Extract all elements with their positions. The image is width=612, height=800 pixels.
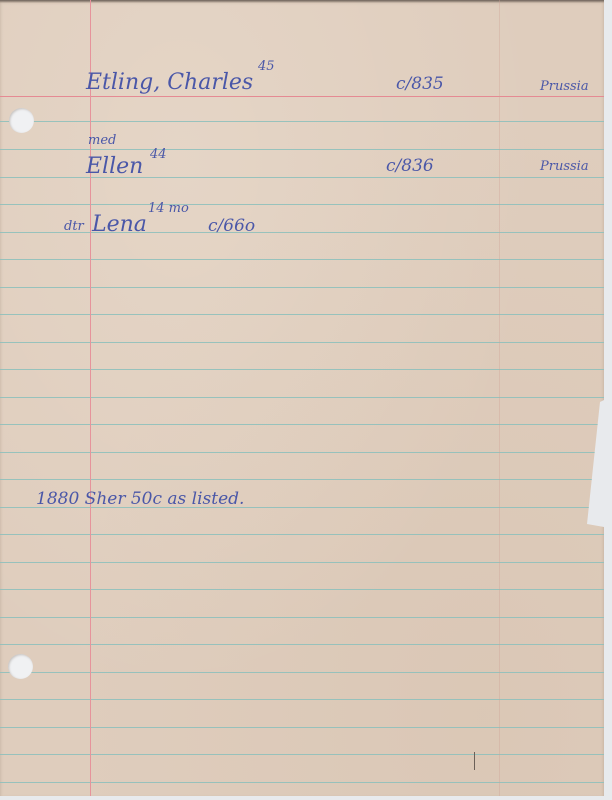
punch-hole-top — [9, 108, 34, 133]
entry-age: 45 — [258, 60, 275, 73]
entry-age: 44 — [150, 148, 167, 161]
entry-birthplace: Prussia — [540, 160, 589, 173]
entry-age: 14 mo — [148, 202, 189, 215]
notebook-paper: Etling, Charles 45 c/835 Prussia med Ell… — [0, 0, 604, 796]
entry-name: Lena — [92, 214, 147, 236]
entry-name: Ellen — [86, 156, 143, 178]
right-margin-line — [499, 0, 500, 796]
entry-birth-year: c/835 — [396, 76, 444, 93]
entry-birth-year: c/66o — [208, 218, 255, 235]
pencil-mark — [474, 752, 475, 770]
footer-note: 1880 Sher 50c as listed. — [36, 491, 244, 508]
entry-birth-year: c/836 — [386, 158, 434, 175]
entry-prefix: dtr — [64, 220, 84, 233]
left-margin-line — [90, 0, 91, 796]
entry-relation: med — [88, 134, 116, 147]
scanned-page: Etling, Charles 45 c/835 Prussia med Ell… — [0, 0, 612, 800]
punch-hole-bottom — [8, 654, 33, 679]
entry-birthplace: Prussia — [540, 80, 589, 93]
entry-name: Etling, Charles — [86, 72, 253, 94]
